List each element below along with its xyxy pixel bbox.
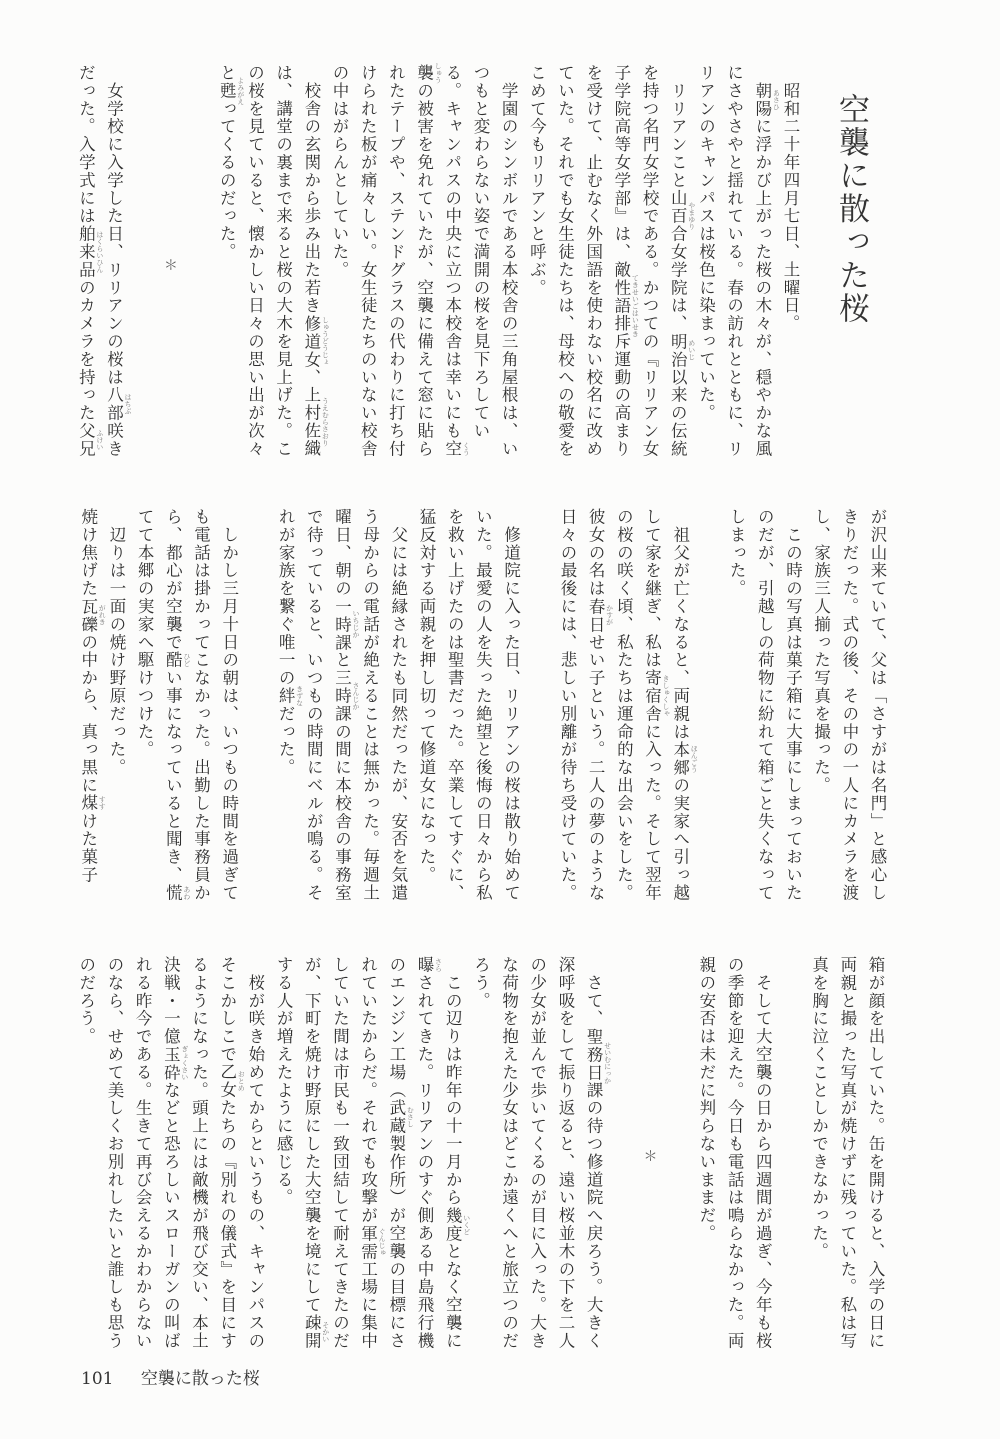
text-line: この時の写真は菓子箱に大事にしまっておいた xyxy=(778,508,806,908)
ruby-base: 上村佐織うえむらさおり xyxy=(302,386,321,458)
text-line: 猛反対する両親を押し切って修道女になった。 xyxy=(412,508,440,908)
blank-line xyxy=(664,956,692,1356)
section-break-asterisk: ＊ xyxy=(635,956,663,1356)
text-line: は、講堂の裏まで来ると桜の大木を見上げた。こ xyxy=(268,64,296,466)
page-number: 101 xyxy=(81,1369,113,1389)
ruby-base: 舶来品はくらいひん xyxy=(76,225,95,279)
ruby-reading: うえむらさおり xyxy=(321,398,328,447)
blank-line xyxy=(184,64,212,466)
text-line: れていたからだ。それでも攻撃が軍需ぐんじゅ工場に集中 xyxy=(353,956,381,1356)
text-line: の桜を見ていると、懐かしい日々の思い出が次々 xyxy=(240,64,268,466)
text-line: そこかしこで乙女おとめたちの『別れの儀式』を目にす xyxy=(213,956,241,1356)
ruby-reading: せいむにっか xyxy=(604,1042,611,1084)
ruby-reading: ひど xyxy=(183,653,190,667)
ruby-base: 乙女おとめ xyxy=(218,1063,237,1099)
text-line: で待っていると、いつもの時間にベルが鳴る。そ xyxy=(299,508,327,908)
text-line: ていた。それでも女生徒たちは、母校への敬愛を xyxy=(550,64,578,466)
text-line: ら、都心が空襲で酷ひどい事になっていると聞き、慌あわ xyxy=(158,508,186,908)
ruby-base: 聖務日課せいむにっか xyxy=(584,1028,603,1100)
top-text-block: 昭和二十年四月七日、土曜日。 朝陽あさひに浮かび上がった桜の木々が、穏やかな風 … xyxy=(71,64,804,466)
ruby-base: 幾度いくど xyxy=(443,1207,462,1243)
ruby-base: 軍需ぐんじゅ xyxy=(359,1225,378,1261)
text-line: が沢山来ていて、父は「さすがは名門」と感心し xyxy=(863,508,891,908)
ruby-base: 山百合やまゆり xyxy=(668,189,687,243)
ruby-reading: しゅう xyxy=(434,62,441,83)
text-line: る。キャンパスの中央に立つ本校舎は幸いにも空くう xyxy=(438,64,466,466)
text-line: しまった。 xyxy=(722,508,750,908)
text-line: この辺りは昨年の十一月から幾度いくどとなく空襲に xyxy=(438,956,466,1356)
text-line: ろう。 xyxy=(466,956,494,1356)
ruby-base: 襲しゅう xyxy=(415,64,434,82)
ruby-reading: いちじか xyxy=(352,610,359,638)
text-line: の少女が並んで歩いてくるのが目に入った。大き xyxy=(523,956,551,1356)
ruby-reading: はちぶ xyxy=(124,394,131,415)
text-line: 彼女の名は春日かすがせい子という。二人の夢のような xyxy=(581,508,609,908)
ruby-reading: かすが xyxy=(606,605,613,626)
ruby-reading: はくらいひん xyxy=(96,231,103,273)
text-line: していた間は市民も一致団結して耐えてきたのだ xyxy=(325,956,353,1356)
text-line: 辺りは一面の焼け野原だった。 xyxy=(102,508,130,908)
ruby-reading: ぎょくさい xyxy=(181,1046,188,1081)
text-line: いた。最愛の人を失った絶望と後悔の日々から私 xyxy=(468,508,496,908)
text-line: 箱が顔を出していた。缶を開けると、入学の日に xyxy=(861,956,889,1356)
ruby-base: 慌あわ xyxy=(163,884,182,902)
text-line: リアンのキャンパスは桜色に染まっていた。 xyxy=(691,64,719,466)
ruby-base: 春日かすが xyxy=(586,598,605,634)
text-line: し、家族三人揃った写真を撮った。 xyxy=(806,508,834,908)
text-line: 朝陽あさひに浮かび上がった桜の木々が、穏やかな風 xyxy=(748,64,776,466)
ruby-reading: しゅうどうじょ xyxy=(321,317,328,366)
ruby-reading: やまゆり xyxy=(688,202,695,230)
ruby-base: 三時課さんじか xyxy=(332,669,351,723)
ruby-base: 寄宿舎きしゅくしゃ xyxy=(643,669,662,723)
ruby-base: 玉砕ぎょくさい xyxy=(161,1046,180,1082)
text-line: が、下町を焼け野原にした大空襲を境にして疎開そかい xyxy=(297,956,325,1356)
text-line: の季節を迎えた。今日も電話は鳴らなかった。両 xyxy=(720,956,748,1356)
ruby-base: 一時課いちじか xyxy=(332,598,351,652)
ruby-reading: あわ xyxy=(183,886,190,900)
page-footer: 101 空襲に散った桜 xyxy=(81,1368,260,1390)
ruby-reading: いくど xyxy=(463,1214,470,1235)
text-line: 曜日、朝の一時課いちじかと三時課さんじかの間に本校舎の事務室 xyxy=(327,508,355,908)
text-line: しかし三月十日の朝は、いつもの時間を過ぎて xyxy=(215,508,243,908)
text-line: 両親と撮った写真が焼けずに残っていた。私は写 xyxy=(833,956,861,1356)
text-line: 決戦・一億玉砕ぎょくさいなどと恐ろしいスローガンの叫ば xyxy=(156,956,184,1356)
text-line: のだが、引越しの荷物に紛れて箱ごと失くなって xyxy=(750,508,778,908)
ruby-reading: あさひ xyxy=(772,89,779,110)
text-line: のだろう。 xyxy=(72,956,100,1356)
text-line: リリアンこと山百合やまゆり女学院は、明治めいじ以来の伝統 xyxy=(663,64,691,466)
blank-line xyxy=(243,508,271,908)
text-line: こめて今もリリアンと呼ぶ。 xyxy=(522,64,550,466)
text-line: れる昨今である。生きて再び会えるかわからない xyxy=(128,956,156,1356)
text-line: を受けて、止むなく外国語を使わない校名に改め xyxy=(579,64,607,466)
text-line: 日々の最後には、悲しい別離が待ち受けていた。 xyxy=(553,508,581,908)
ruby-base: 朝陽あさひ xyxy=(753,82,772,118)
ruby-base: 修道女しゅうどうじょ xyxy=(302,315,321,369)
text-line: の桜の咲く頃、私たちは運命的な出会いをした。 xyxy=(609,508,637,908)
ruby-base: 武蔵むさし xyxy=(387,1099,406,1135)
ruby-reading: てきせいごはいせき xyxy=(631,274,638,337)
ruby-reading: むさし xyxy=(406,1107,413,1128)
text-line: 父には絶縁されたも同然だったが、安否を気遣 xyxy=(384,508,412,908)
ruby-base: 疎開そかい xyxy=(302,1314,321,1350)
ruby-reading: ふけい xyxy=(96,429,103,450)
text-line: な荷物を抱えた少女はどこか遠くへと旅立つのだ xyxy=(494,956,522,1356)
ruby-base: 酷ひど xyxy=(163,651,182,669)
text-line: を救い上げたのは聖書だった。卒業してすぐに、 xyxy=(440,508,468,908)
text-line: だった。入学式には舶来品はくらいひんのカメラを持った父兄ふけい xyxy=(71,64,99,466)
ruby-base: 空くう xyxy=(443,440,462,458)
ruby-base: 八部はちぶ xyxy=(105,386,124,422)
text-line: てて本郷の実家へ駆けつけた。 xyxy=(130,508,158,908)
text-line: 学園のシンボルである本校舎の三角屋根は、い xyxy=(494,64,522,466)
text-line: れたテープや、ステンドグラスの代わりに打ち付 xyxy=(381,64,409,466)
text-line: れが家族を繋ぐ唯一の絆きずなだった。 xyxy=(271,508,299,908)
text-line: 校舎の玄関から歩み出た若き修道女しゅうどうじょ、上村佐織うえむらさおり xyxy=(297,64,325,466)
text-line: を持つ名門女学校である。かつての『リリアン女 xyxy=(635,64,663,466)
article-title: 空襲に散った桜 xyxy=(834,93,868,325)
ruby-base: 明治めいじ xyxy=(668,333,687,369)
text-line: する人が増えたように感じる。 xyxy=(269,956,297,1356)
text-line: 真を胸に泣くことしかできなかった。 xyxy=(804,956,832,1356)
blank-line xyxy=(776,956,804,1356)
running-title: 空襲に散った桜 xyxy=(141,1369,260,1389)
text-line: と甦よみがえってくるのだった。 xyxy=(212,64,240,466)
ruby-reading: そかい xyxy=(322,1321,329,1342)
text-line: 子学院高等女学部』は、敵性語排斥てきせいごはいせき運動の高まり xyxy=(607,64,635,466)
text-line: きりだった。式の後、その中の一人にカメラを渡 xyxy=(835,508,863,908)
text-line: にさやさやと揺れている。春の訪れとともに、リ xyxy=(719,64,747,466)
text-line: のなら、せめて美しくお別れしたいと誰しも思う xyxy=(100,956,128,1356)
text-line: も電話は掛かってこなかった。出勤した事務員か xyxy=(186,508,214,908)
ruby-reading: きしゅくしゃ xyxy=(662,675,669,717)
bottom-text-block: 箱が顔を出していた。缶を開けると、入学の日に 両親と撮った写真が焼けずに残ってい… xyxy=(72,956,889,1356)
ruby-reading: さら xyxy=(435,958,442,972)
text-line: 焼け焦げた瓦礫がれきの中から、真っ黒に煤すすけた菓子 xyxy=(74,508,102,908)
ruby-base: 曝さら xyxy=(415,956,434,974)
blank-line xyxy=(694,508,722,908)
middle-text-block: が沢山来ていて、父は「さすがは名門」と感心し きりだった。式の後、その中の一人に… xyxy=(74,508,891,908)
text-line: 曝さらされてきた。リリアンのすぐ側ある中島飛行機 xyxy=(410,956,438,1356)
ruby-reading: めいじ xyxy=(688,340,695,361)
text-line: るようになった。頭上には敵機が飛び交い、本土 xyxy=(184,956,212,1356)
ruby-reading: くう xyxy=(462,442,469,456)
ruby-base: 本郷ほんごう xyxy=(671,741,690,777)
ruby-reading: がれき xyxy=(98,605,105,626)
blank-line xyxy=(525,508,553,908)
text-line: けられた板が痛々しい。女生徒たちのいない校舎 xyxy=(353,64,381,466)
text-line: のエンジン工場（武蔵むさし製作所）が空襲の目標にさ xyxy=(382,956,410,1356)
text-line: つもと変わらない姿で満開の桜を見下ろしてい xyxy=(466,64,494,466)
text-line: 襲しゅうの被害を免れていたが、空襲に備えて窓に貼ら xyxy=(409,64,437,466)
text-line: 親の安否は未だに判らないままだ。 xyxy=(692,956,720,1356)
ruby-reading: さんじか xyxy=(352,682,359,710)
ruby-reading: すす xyxy=(98,796,105,810)
blank-line xyxy=(607,956,635,1356)
ruby-reading: おとめ xyxy=(237,1071,244,1092)
ruby-base: 敵性語排斥てきせいごはいせき xyxy=(612,261,631,351)
text-line: して家を継ぎ、私は寄宿舎きしゅくしゃに入った。そして翌年 xyxy=(637,508,665,908)
ruby-base: 瓦礫がれき xyxy=(79,598,98,634)
ruby-reading: よみがえ xyxy=(237,77,244,105)
text-line: さて、聖務日課せいむにっかの待つ修道院へ戻ろう。大きく xyxy=(579,956,607,1356)
ruby-reading: きずな xyxy=(296,685,303,706)
ruby-base: 絆きずな xyxy=(276,687,295,705)
text-line: 修道院に入った日、リリアンの桜は散り始めて xyxy=(496,508,524,908)
ruby-reading: ほんごう xyxy=(690,745,697,773)
text-line: 昭和二十年四月七日、土曜日。 xyxy=(776,64,804,466)
text-line: 深呼吸をして振り返ると、遠い桜並木の下を二人 xyxy=(551,956,579,1356)
text-line: 桜が咲き始めてからというもの、キャンパスの xyxy=(241,956,269,1356)
ruby-base: 煤すす xyxy=(79,794,98,812)
ruby-base: 甦よみがえ xyxy=(217,82,236,100)
section-break-asterisk: ＊ xyxy=(156,64,184,466)
text-line: そして大空襲の日から四週間が過ぎ、今年も桜 xyxy=(748,956,776,1356)
ruby-reading: ぐんじゅ xyxy=(378,1228,385,1256)
ruby-base: 父兄ふけい xyxy=(76,422,95,458)
